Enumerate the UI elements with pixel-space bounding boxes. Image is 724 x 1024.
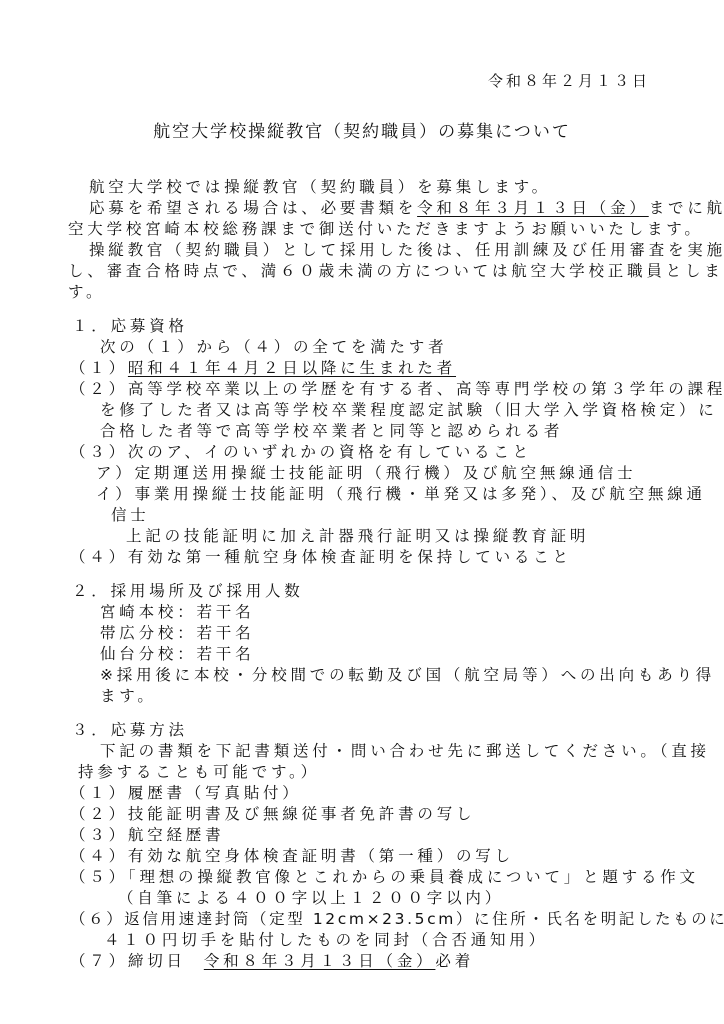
section-1-item-2-line-3: 合格した者等で高等学校卒業者と同等と認められる者 xyxy=(100,421,563,442)
location-miyazaki: 宮崎本校：若干名 xyxy=(100,602,254,623)
intro-paragraph-2-line-1: 応募を希望される場合は、必要書類を令和８年３月１３日（金）までに航 xyxy=(89,198,724,219)
document-date: 令和８年２月１３日 xyxy=(488,70,650,91)
section-3-item-5-line-1: （５）「理想の操縦教官像とこれからの乗員養成について」と題する作文 xyxy=(70,867,699,888)
section-1-item-3-b-line-1: イ）事業用操縦士技能証明（飛行機・単発又は多発）、及び航空無線通 xyxy=(96,484,706,505)
section-3-item-5-line-2: （自筆による４００字以上１２００字以内） xyxy=(118,888,504,909)
section-3-lead-line-2: 持参することも可能です。） xyxy=(78,762,320,783)
intro-text: までに航 xyxy=(649,199,724,217)
section-2-note-line-1: ※採用後に本校・分校間での転勤及び国（航空局等）への出向もあり得 xyxy=(100,665,715,686)
document-page: 令和８年２月１３日 航空大学校操縦教官（契約職員）の募集について 航空大学校では… xyxy=(0,0,724,1024)
section-1-item-1: （１）昭和４１年４月２日以降に生まれた者 xyxy=(70,358,456,379)
section-3-heading: ３．応募方法 xyxy=(72,720,188,741)
section-1-item-3: （３）次のア、イのいずれかの資格を有していること xyxy=(70,442,532,463)
section-1-item-4: （４）有効な第一種航空身体検査証明を保持していること xyxy=(70,547,572,568)
section-1-heading: １．応募資格 xyxy=(72,316,188,337)
intro-paragraph-3-line-1: 操縦教官（契約職員）として採用した後は、任用訓練及び任用審査を実施 xyxy=(89,240,724,261)
deadline-date-underlined: 令和８年３月１３日（金） xyxy=(204,952,436,970)
section-3-item-6-line-2: ４１０円切手を貼付したものを同封（合否通知用） xyxy=(104,930,548,951)
section-1-lead: 次の（１）から（４）の全てを満たす者 xyxy=(100,337,447,358)
deadline-underlined: 令和８年３月１３日（金） xyxy=(417,199,649,217)
section-1-item-3-a: ア）定期運送用操縦士技能証明（飛行機）及び航空無線通信士 xyxy=(96,463,636,484)
section-2-heading: ２．採用場所及び採用人数 xyxy=(72,581,304,602)
section-3-item-7: （７）締切日令和８年３月１３日（金）必着 xyxy=(70,951,474,972)
section-3-item-1: （１）履歴書（写真貼付） xyxy=(70,783,302,804)
intro-paragraph-3-line-3: す。 xyxy=(68,282,105,303)
intro-paragraph-3-line-2: し、審査合格時点で、満６０歳未満の方については航空大学校正職員としま xyxy=(68,261,724,282)
section-1-item-3-b-line-2: 信士 xyxy=(111,505,150,526)
section-3-item-3: （３）航空経歴書 xyxy=(70,825,224,846)
section-2-note-line-2: ます。 xyxy=(100,686,157,707)
deadline-suffix: 必着 xyxy=(435,952,474,970)
section-3-item-2: （２）技能証明書及び無線従事者免許書の写し xyxy=(70,804,475,825)
location-sendai: 仙台分校：若干名 xyxy=(100,644,254,665)
section-3-item-4: （４）有効な航空身体検査証明書（第一種）の写し xyxy=(70,846,514,867)
intro-paragraph-1: 航空大学校では操縦教官（契約職員）を募集します。 xyxy=(89,177,551,198)
age-requirement-underlined: 昭和４１年４月２日以降に生まれた者 xyxy=(128,359,456,377)
item-number: （１） xyxy=(70,359,128,377)
deadline-label: （７）締切日 xyxy=(70,952,186,970)
intro-text: 応募を希望される場合は、必要書類を xyxy=(89,199,417,217)
section-1-item-2-line-1: （２）高等学校卒業以上の学歴を有する者、高等専門学校の第３学年の課程 xyxy=(70,379,724,400)
section-3-item-6-line-1: （６）返信用速達封筒（定型 12cm×23.5cm）に住所・氏名を明記したものに xyxy=(70,909,724,930)
section-3-lead-line-1: 下記の書類を下記書類送付・問い合わせ先に郵送してください。（直接 xyxy=(100,741,710,762)
intro-paragraph-2-line-2: 空大学校宮崎本校総務課まで御送付いただきますようお願いいたします。 xyxy=(68,219,704,240)
section-1-item-3-b-line-3: 上記の技能証明に加え計器飛行証明又は操縦教育証明 xyxy=(126,526,589,547)
section-1-item-2-line-2: を修了した者又は高等学校卒業程度認定試験（旧大学入学資格検定）に xyxy=(100,400,718,421)
location-obihiro: 帯広分校：若干名 xyxy=(100,623,254,644)
document-title: 航空大学校操縦教官（契約職員）の募集について xyxy=(0,117,724,142)
